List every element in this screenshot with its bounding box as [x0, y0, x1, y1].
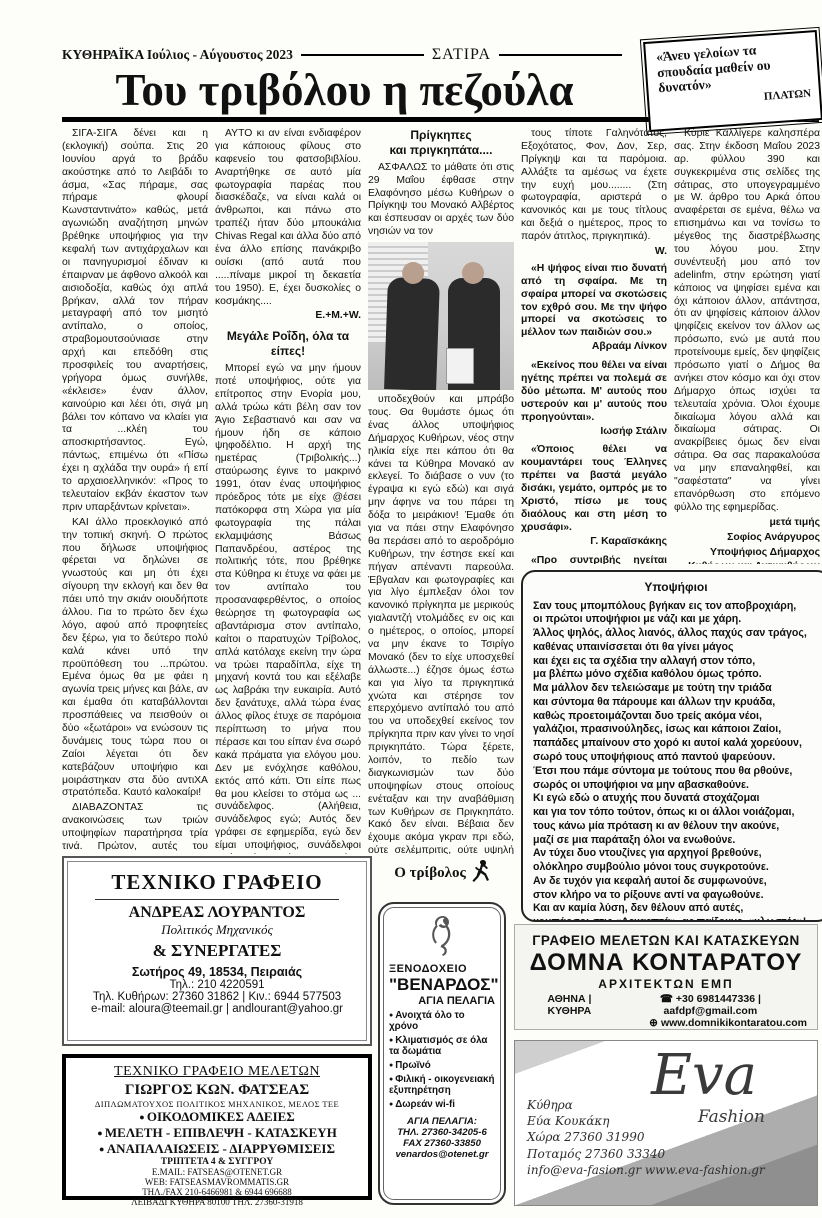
eva-contact-line: Εύα Κουκάκη [527, 1113, 765, 1129]
ad-name: ΑΝΔΡΕΑΣ ΛΟΥΡΑΝΤΟΣ [64, 904, 370, 922]
subheading-princes: Πρίγκηπες και πριγκηπάτα.... [368, 128, 514, 158]
newspaper-page: ΚΥΘΗΡΑΪΚΑ Ιούλιος - Αύγουστος 2023 ΣΑΤΙΡ… [0, 0, 822, 1218]
eva-contact-line: info@eva-fasion.gr www.eva-fashion.gr [527, 1162, 765, 1178]
ad-hotel-venardos: ΞΕΝΟΔΟΧΕΙΟ "ΒΕΝΑΡΔΟΣ" ΑΓΙΑ ΠΕΛΑΓΙΑ Ανοιχ… [378, 902, 506, 1205]
ad-hotel-contact-line: FAX 27360-33850 [389, 1138, 495, 1149]
poem-line: μαζί σε μια παράταξη όλοι να ενωθούνε. [533, 834, 819, 848]
ad-lourantos: ΤΕΧΝΙΚΟ ΓΡΑΦΕΙΟ ΑΝΔΡΕΑΣ ΛΟΥΡΑΝΤΟΣ Πολιτι… [62, 856, 372, 1046]
ad-contact: ☎+30 6981447336 | aafdpf@gmail.com [614, 993, 807, 1017]
ad-profession: Πολιτικός Μηχανικός [64, 922, 370, 938]
ad-eva-fashion: Eva Fashion ΚύθηραΕύα ΚουκάκηΧώρα 27360 … [514, 1040, 818, 1206]
ad-hotel-bullets: Ανοιχτά όλο το χρόνοΚλιματισμός σε όλα τ… [389, 1010, 495, 1110]
column-5: Κύριε Καλλίγερε καλησπέρα σας. Στην έκδο… [674, 128, 820, 564]
imp-figure-icon [470, 858, 492, 889]
poem-line: και έχει εις τα σχέδια την αλλαγή στον τ… [533, 655, 819, 669]
ad-service-item: ΟΙΚΟΔΟΜΙΚΕΣ ΑΔΕΙΕΣ [66, 1109, 368, 1125]
paragraph: ΔΙΑΒΑΖΟΝΤΑΣ τις ανακοινώσεις των τριών υ… [62, 802, 208, 854]
column-4: τους τίποτε Γαληνότατος, Εξοχότατος, Φον… [521, 128, 667, 564]
ad-name: ΔΟΜΝΑ ΚΟΝΤΑΡΑΤΟΥ [515, 949, 817, 977]
ad-contact-line: ΤΗΛ./FAX 210-6466981 & 6944 696688 [66, 1187, 368, 1197]
photo-person-left [384, 277, 440, 390]
ad-name: ΓΙΩΡΓΟΣ ΚΩΝ. ΦΑΤΣΕΑΣ [66, 1082, 368, 1099]
plato-quote-box: «Άνευ γελοίων τα σπουδαία μαθείν ου δυνα… [643, 30, 822, 132]
photo-head [462, 262, 484, 284]
letter-signature-line: Υποψήφιος Δήμαρχος [674, 547, 820, 560]
quote-text: «Εκείνος που θέλει να είναι ηγέτης πρέπε… [521, 360, 667, 424]
ad-contact-line: E.MAIL: FATSEAS@OTENET.GR [66, 1167, 368, 1177]
poem-lines: Σαν τους μπομπόλους βγήκαν εις τον αποβρ… [533, 600, 819, 922]
quote-author: Αβραάμ Λίνκον [521, 341, 667, 354]
ad-phone: Τηλ.: 210 4220591 [64, 979, 370, 991]
plato-quote-text: «Άνευ γελοίων τα σπουδαία μαθείν ου δυνα… [656, 39, 811, 96]
globe-icon: ⊕ [649, 1017, 658, 1029]
paragraph: ΑΣΦΑΛΩΣ το μάθατε ότι στις 29 Μαΐου έφθα… [368, 162, 514, 239]
ad-hotel-bullet: Πρωϊνό [389, 1060, 495, 1071]
masthead: ΚΥΘΗΡΑΪΚΑ Ιούλιος - Αύγουστος 2023 ΣΑΤΙΡ… [62, 46, 622, 64]
quote-text: «Η ψήφος είναι πιο δυνατή από τη σφαίρα.… [521, 263, 667, 340]
poem-line: και σύντομα θα πάρουμε και άλλων την κρυ… [533, 696, 819, 710]
author-initials: Ε.+Μ.+W. [215, 310, 361, 323]
famous-quote: «Η ψήφος είναι πιο δυνατή από τη σφαίρα.… [521, 263, 667, 354]
poem-line: Κι εγώ εδώ ο ατυχής που δυνατά στοχάζομα… [533, 792, 819, 806]
poem-line: παπάδες μπαίνουν στο χορό κι αυτοί καλά … [533, 737, 819, 751]
paragraph: ΚΑΙ άλλο προεκλογικό από την τοπική σκην… [62, 517, 208, 801]
ad-services: ΟΙΚΟΔΟΜΙΚΕΣ ΑΔΕΙΕΣΜΕΛΕΤΗ - ΕΠΙΒΛΕΨΗ - ΚΑ… [66, 1109, 368, 1157]
ad-hotel-bullet: Δωρεάν wi-fi [389, 1099, 495, 1110]
photo-white-bag [446, 348, 474, 384]
ad-title: ΤΕΧΝΙΚΟ ΓΡΑΦΕΙΟ ΜΕΛΕΤΩΝ [66, 1064, 368, 1080]
poem-line: στον κλήρο να το ρίξουνε αντί να φαγωθού… [533, 889, 819, 903]
eva-contact-line: Χώρα 27360 31990 [527, 1129, 765, 1145]
poem-box-candidates: Υποψήφιοι Σαν τους μπομπόλους βγήκαν εις… [521, 570, 822, 922]
photo-princes [368, 242, 514, 390]
ad-hotel-name: "ΒΕΝΑΡΔΟΣ" [389, 975, 495, 995]
poem-line: Και αν καμία λύση, δεν θέλουν από αυτές, [533, 902, 819, 916]
ad-service-item: ΜΕΛΕΤΗ - ΕΠΙΒΛΕΨΗ - ΚΑΤΑΣΚΕΥΗ [66, 1125, 368, 1141]
letter-text: Κύριε Καλλίγερε καλησπέρα σας. Στην έκδο… [674, 128, 820, 515]
ad-hotel-place: ΑΓΙΑ ΠΕΛΑΓΙΑ [389, 995, 495, 1007]
poem-line: ολόκληρο συμβούλιο μόνοι τους συγκροτούν… [533, 861, 819, 875]
poem-line: Αν τύχει δυο ντουζίνες για αρχηγοί βρεθο… [533, 847, 819, 861]
subheading-roidis: Μεγάλε Ροΐδη, όλα τα είπες! [215, 329, 361, 359]
paper-title-date: ΚΥΘΗΡΑΪΚΑ Ιούλιος - Αύγουστος 2023 [62, 47, 293, 63]
quote-author: Ιωσήφ Στάλιν [521, 426, 667, 439]
poem-line: κομπάρσοι στις «Δεκαεπτά», ας παίξουνε, … [533, 916, 819, 922]
poem-line: γαλάζιοι, πρασινούληδες, ίσως και κάποιο… [533, 723, 819, 737]
eva-contact-line: Ποταμός 27360 33340 [527, 1146, 765, 1162]
trivolos-signature-text: Ο τρίβολος [394, 865, 466, 882]
eva-contact-lines: ΚύθηραΕύα ΚουκάκηΧώρα 27360 31990Ποταμός… [527, 1097, 765, 1178]
author-initials: W. [521, 246, 667, 259]
ad-address: ΤΡΙΠΤΕΤΑ 4 & ΣΥΓΓΡΟΥ [66, 1157, 368, 1167]
photo-head [402, 262, 425, 285]
ad-hotel-contact-line: ΑΓΙΑ ΠΕΛΑΓΙΑ: [389, 1116, 495, 1127]
poem-line: τους κάνω μία πρόταση κι αν θέλουν την α… [533, 820, 819, 834]
letter-signature: μετά τιμήςΣοφίος ΑνάργυροςΥποψήφιος Δήμα… [674, 517, 820, 564]
right-column-group: τους τίποτε Γαληνότατος, Εξοχότατος, Φον… [521, 128, 820, 922]
ad-address: Σωτήρος 49, 18534, Πειραιάς [64, 965, 370, 979]
ad-website: ⊕www.domnikikontaratou.com [515, 1017, 817, 1029]
ad-fatseas: ΤΕΧΝΙΚΟ ΓΡΑΦΕΙΟ ΜΕΛΕΤΩΝ ΓΙΩΡΓΟΣ ΚΩΝ. ΦΑΤ… [62, 1054, 372, 1200]
poem-line: και για τον τόπο τούτον, όπως κι οι άλλο… [533, 806, 819, 820]
ad-hotel-label: ΞΕΝΟΔΟΧΕΙΟ [389, 963, 495, 975]
column-3: Πρίγκηπες και πριγκηπάτα.... ΑΣΦΑΛΩΣ το … [368, 128, 514, 854]
quote-text: «Όποιος θέλει να κουμαντάρει τους Έλληνε… [521, 444, 667, 534]
poem-line: καθένας υπαινίσσεται ότι θα γίνει μάγος [533, 641, 819, 655]
ad-contact-line: WEB: FATSEASMAVROMMATIS.GR [66, 1177, 368, 1187]
letter-signature-line: μετά τιμής [674, 517, 820, 530]
ad-contact-line: ΛΕΙΒΑΔΙ ΚΥΘΗΡΑ 80100 ΤΗΛ. 27360-31918 [66, 1197, 368, 1207]
ad-hotel-bullet: Ανοιχτά όλο το χρόνο [389, 1010, 495, 1032]
ad-title: ΓΡΑΦΕΙΟ ΜΕΛΕΤΩΝ ΚΑΙ ΚΑΤΑΣΚΕΥΩΝ [515, 933, 817, 948]
famous-quote: «Όποιος θέλει να κουμαντάρει τους Έλληνε… [521, 444, 667, 548]
paragraph: τους τίποτε Γαληνότατος, Εξοχότατος, Φον… [521, 128, 667, 244]
ad-hotel-contact-line: ΤΗΛ. 27360-34205-6 [389, 1127, 495, 1138]
ad-partners: & ΣΥΝΕΡΓΑΤΕΣ [64, 941, 370, 961]
ad-places: ΑΘΗΝΑ | ΚΥΘΗΡΑ [525, 993, 614, 1017]
article-columns: ΣΙΓΑ-ΣΙΓΑ δένει και η (εκλογική) σούπα. … [62, 128, 820, 922]
ad-profession: ΔΙΠΛΩΜΑΤΟΥΧΟΣ ΠΟΛΙΤΙΚΟΣ ΜΗΧΑΝΙΚΟΣ, ΜΕΛΟΣ… [66, 1099, 368, 1109]
page-headline: Του τριβόλου η πεζούλα [62, 64, 627, 116]
eva-contact-line: Κύθηρα [527, 1097, 765, 1113]
quote-author: Γ. Καραϊσκάκης [521, 536, 667, 549]
column-2: ΑΥΤΟ κι αν είναι ενδιαφέρον για κάποιους… [215, 128, 361, 854]
poem-line: σωρό τους υποψήφιους από παντού ψαρεύουν… [533, 751, 819, 765]
poem-line: σωρός οι υποψήφιοι να μην αβασκαθούνε. [533, 779, 819, 793]
poem-line: Άλλος ψηλός, άλλος λιανός, άλλος παχύς σ… [533, 627, 819, 641]
ad-service-item: ΑΝΑΠΑΛΑΙΩΣΕΙΣ - ΔΙΑΡΡΥΘΜΙΣΕΙΣ [66, 1141, 368, 1157]
masthead-rule-left [301, 54, 424, 56]
paragraph: ΑΥΤΟ κι αν είναι ενδιαφέρον για κάποιους… [215, 128, 361, 308]
poem-line: οι πρώτοι υποψήφιοι με νάζι και με χάρη. [533, 613, 819, 627]
ad-hotel-contact-line: venardos@otenet.gr [389, 1149, 495, 1160]
ad-divider [95, 899, 340, 900]
poem-line: καθώς προετοιμάζονται δυο τρείς ακόμα νέ… [533, 710, 819, 724]
paragraph: Μπορεί εγώ να μην ήμουν ποτέ υποψήφιος, … [215, 363, 361, 854]
poem-line: μα βλέπω μόνο σχέδια καθόλου όμως τρόπο. [533, 668, 819, 682]
ad-title: ΤΕΧΝΙΚΟ ΓΡΑΦΕΙΟ [64, 870, 370, 895]
ad-contact-lines: E.MAIL: FATSEAS@OTENET.GRWEB: FATSEASMAV… [66, 1167, 368, 1207]
seahorse-icon [389, 914, 495, 963]
column-1: ΣΙΓΑ-ΣΙΓΑ δένει και η (εκλογική) σούπα. … [62, 128, 208, 854]
letter-signature-line: Κυθήρων και Αντικυθήρων [674, 561, 820, 564]
paragraph: υποδεχθούν και μπράβο τους. Θα θυμάστε ό… [368, 394, 514, 854]
ad-hotel-bullet: Κλιματισμός σε όλα τα δωμάτια [389, 1035, 495, 1057]
ad-hotel-bullet: Φιλική - οικογενειακή εξυπηρέτηση [389, 1074, 495, 1096]
letter-signature-line: Σοφίος Ανάργυρος [674, 532, 820, 545]
famous-quote: «Προ συντριβής ηγείται ύβρις». Αγία Γραφ… [521, 555, 667, 564]
ad-profession: ΑΡΧΙΤΕΚΤΩΝ ΕΜΠ [515, 977, 817, 991]
paragraph: ΣΙΓΑ-ΣΙΓΑ δένει και η (εκλογική) σούπα. … [62, 128, 208, 515]
poem-line: Έτσι που πάμε σύντομα με τούτους που θα … [533, 765, 819, 779]
poem-line: Μα μάλλον δεν τελειώσαμε με τούτη την τρ… [533, 682, 819, 696]
quotes-list: «Η ψήφος είναι πιο δυνατή από τη σφαίρα.… [521, 263, 667, 564]
poem-line: Σαν τους μπομπόλους βγήκαν εις τον αποβρ… [533, 600, 819, 614]
quote-text: «Προ συντριβής ηγείται ύβρις». [521, 555, 667, 564]
ad-email: e-mail: aloura@teemail.gr | andlourant@y… [64, 1003, 370, 1015]
phone-icon: ☎ [660, 993, 673, 1005]
ad-kontaratou: ΓΡΑΦΕΙΟ ΜΕΛΕΤΩΝ ΚΑΙ ΚΑΤΑΣΚΕΥΩΝ ΔΟΜΝΑ ΚΟΝ… [514, 924, 818, 1030]
ad-hotel-contact: ΑΓΙΑ ΠΕΛΑΓΙΑ:ΤΗΛ. 27360-34205-6FAX 27360… [389, 1116, 495, 1160]
ad-phone: Τηλ. Κυθήρων: 27360 31862 | Κιν.: 6944 5… [64, 991, 370, 1003]
poem-title: Υποψήφιοι [533, 580, 819, 596]
section-title: ΣΑΤΙΡΑ [432, 46, 491, 64]
poem-line: Αν δε τυχόν για κεφαλή αυτοί δε συμφωνού… [533, 875, 819, 889]
trivolos-signature: Ο τρίβολος [378, 858, 508, 889]
famous-quote: «Εκείνος που θέλει να είναι ηγέτης πρέπε… [521, 360, 667, 438]
masthead-rule-right [499, 54, 622, 56]
